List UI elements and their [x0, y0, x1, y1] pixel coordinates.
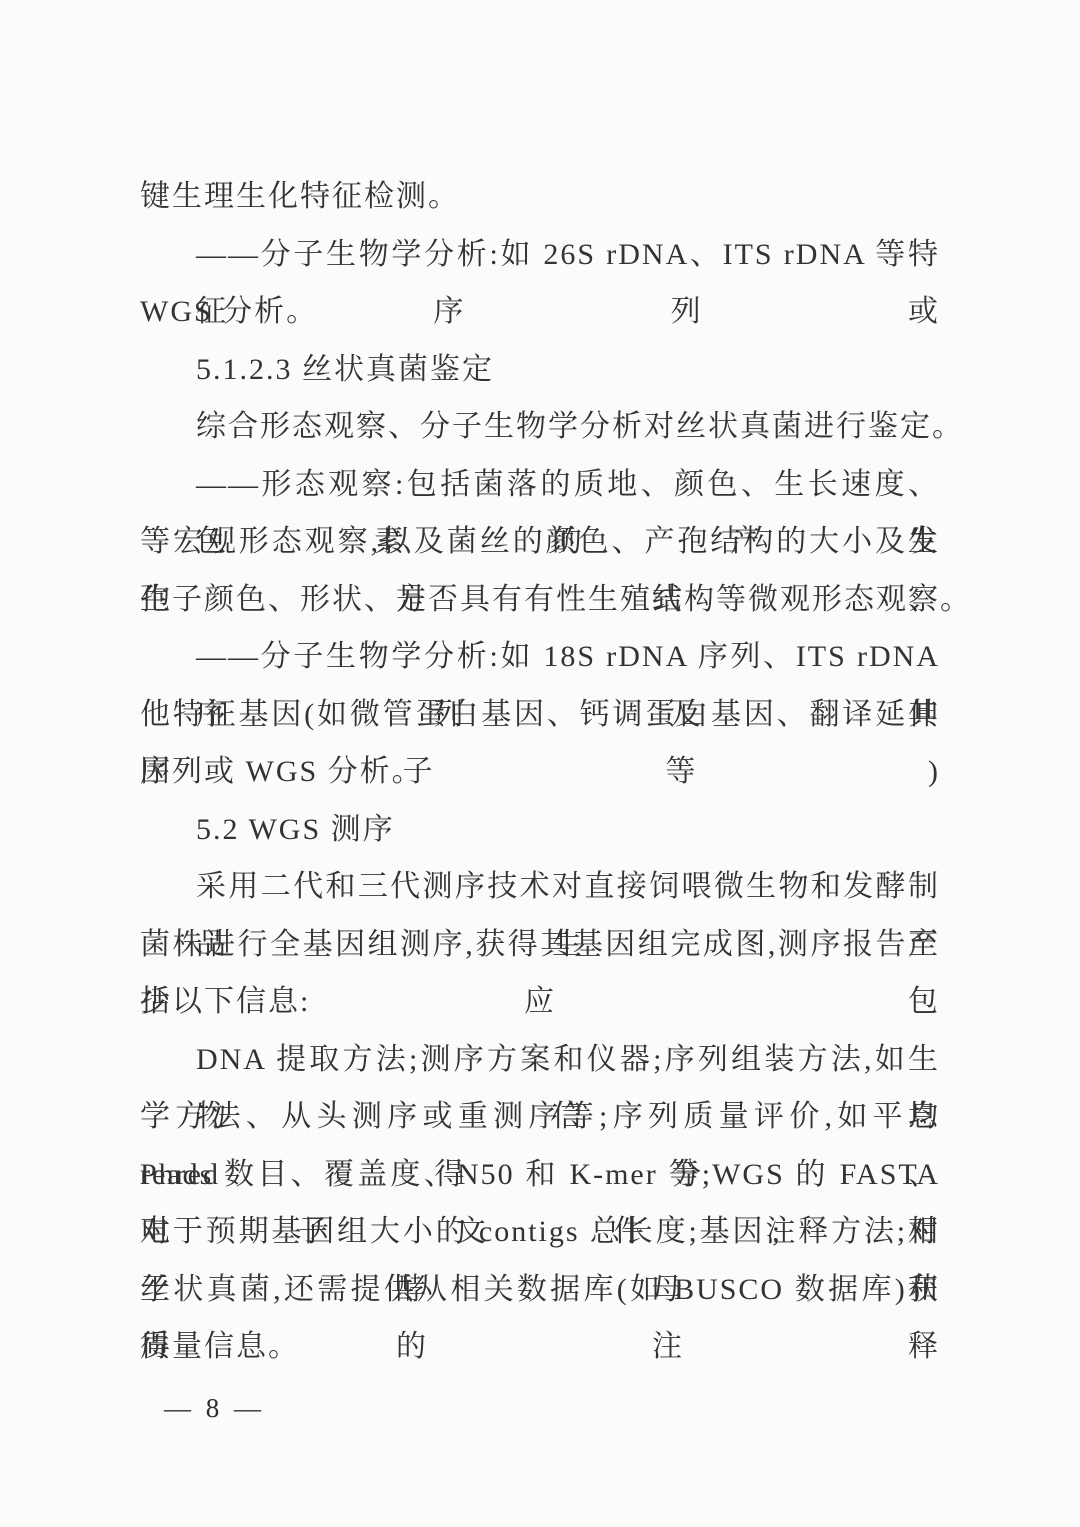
text-line: 采用二代和三代测序技术对直接饲喂微生物和发酵制品生产 — [140, 858, 940, 916]
section-heading: 5.2 WGS 测序 — [140, 801, 940, 859]
text-line: DNA 提取方法;测序方案和仪器;序列组装方法,如生物信息 — [140, 1031, 940, 1089]
text-line: 对于预期基因组大小的 contigs 总长度;基因注释方法;对于酵母和 — [140, 1203, 940, 1261]
text-line: ——形态观察:包括菌落的质地、颜色、生长速度、色素的产生 — [140, 456, 940, 514]
text-line: 键生理生化特征检测。 — [140, 168, 940, 226]
text-line: 综合形态观察、分子生物学分析对丝状真菌进行鉴定。 — [140, 398, 940, 456]
text-line: 丝状真菌,还需提供从相关数据库(如 BUSCO 数据库)获得的注释 — [140, 1261, 940, 1319]
text-line: ——分子生物学分析:如 26S rDNA、ITS rDNA 等特征序列或 — [140, 226, 940, 284]
text-line: 菌株进行全基因组测序,获得其基因组完成图,测序报告至少应包 — [140, 916, 940, 974]
section-heading: 5.1.2.3 丝状真菌鉴定 — [140, 341, 940, 399]
text-line: 等宏观形态观察,以及菌丝的颜色、产孢结构的大小及发生方式、 — [140, 513, 940, 571]
text-line: reads 数目、覆盖度、N50 和 K-mer 等;WGS 的 FASTA 电… — [140, 1146, 940, 1204]
text-line: ——分子生物学分析:如 18S rDNA 序列、ITS rDNA 序列及其 — [140, 628, 940, 686]
text-line: 他特征基因(如微管蛋白基因、钙调蛋白基因、翻译延伸因子等) — [140, 686, 940, 744]
page-number: — 8 — — [140, 1388, 940, 1428]
document-page: 键生理生化特征检测。 ——分子生物学分析:如 26S rDNA、ITS rDNA… — [0, 0, 1080, 1527]
text-line: 学方法、从头测序或重测序等;序列质量评价,如平均 Phred 得分、 — [140, 1088, 940, 1146]
text-line: 孢子颜色、形状、是否具有有性生殖结构等微观形态观察。 — [140, 571, 940, 629]
page-content: 键生理生化特征检测。 ——分子生物学分析:如 26S rDNA、ITS rDNA… — [140, 168, 940, 1428]
